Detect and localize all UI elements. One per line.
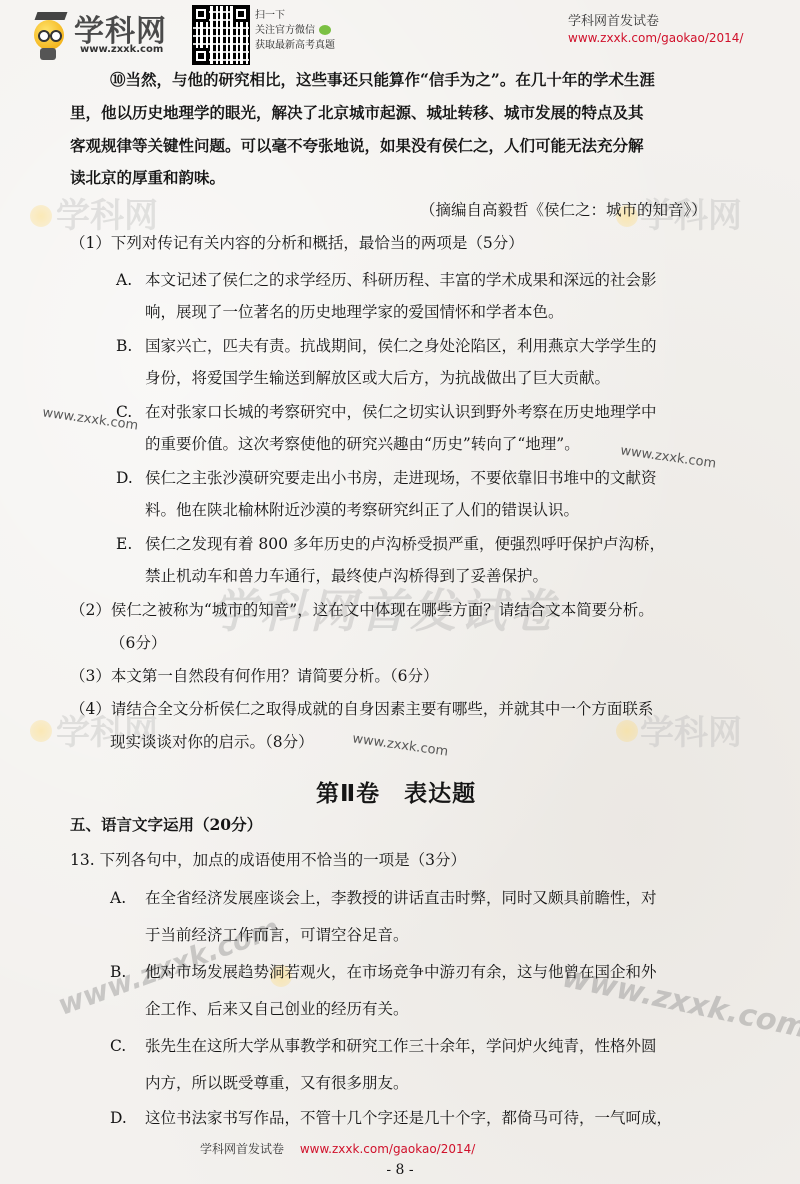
q13-option-a-line: 于当前经济工作而言，可谓空谷足音。	[145, 925, 409, 945]
question-4-stem: （4）请结合全文分析侯仁之取得成就的自身因素主要有哪些，并就其中一个方面联系	[70, 699, 653, 719]
wechat-line-2: 关注官方微信	[255, 25, 315, 36]
wechat-line-1: 扫一下	[255, 8, 335, 23]
q1-option-d-line: 侯仁之主张沙漠研究要走出小书房，走进现场，不要依靠旧书堆中的文献资	[145, 468, 657, 488]
q13-option-b-line: 他对市场发展趋势洞若观火，在市场竞争中游刃有余，这与他曾在国企和外	[145, 962, 657, 982]
page-header: 学科网 www.zxxk.com 扫一下 关注官方微信 获取最新高考真题 学科网…	[0, 0, 800, 66]
q13-option-b-label: B.	[110, 962, 126, 982]
zxxk-logo[interactable]: 学科网 www.zxxk.com	[30, 4, 180, 60]
footer-title: 学科网首发试卷	[200, 1142, 284, 1156]
watermark-mascot-icon	[616, 720, 638, 742]
part-5-heading: 五、语言文字运用（20分）	[70, 815, 262, 835]
q1-option-e-label: E.	[116, 534, 132, 554]
passage-line: ⑩当然，与他的研究相比，这些事还只能算作“信手为之”。在几十年的学术生涯	[110, 70, 655, 90]
footer-url-link[interactable]: www.zxxk.com/gaokao/2014/	[300, 1142, 475, 1156]
q1-option-c-line: 的重要价值。这次考察使他的研究兴趣由“历史”转向了“地理”。	[145, 434, 580, 454]
question-4-line-2: 现实谈谈对你的启示。（8分）	[110, 732, 314, 752]
watermark-mascot-icon	[30, 205, 52, 227]
passage-line: 读北京的厚重和韵味。	[70, 168, 225, 188]
q13-option-a-label: A.	[110, 888, 126, 908]
page-footer: 学科网首发试卷 www.zxxk.com/gaokao/2014/	[200, 1140, 475, 1157]
q13-option-d-line: 这位书法家书写作品，不管十几个字还是几十个字，都倚马可待，一气呵成，	[145, 1108, 672, 1128]
q13-option-c-label: C.	[110, 1036, 126, 1056]
wechat-promo: 扫一下 关注官方微信 获取最新高考真题	[255, 8, 335, 53]
passage-source: （摘编自高毅哲《侯仁之：城市的知音》）	[420, 200, 707, 220]
q13-option-b-line: 企工作、后来又自己创业的经历有关。	[145, 999, 409, 1019]
question-13-stem: 13. 下列各句中，加点的成语使用不恰当的一项是（3分）	[70, 850, 466, 870]
passage-line: 客观规律等关键性问题。可以毫不夸张地说，如果没有侯仁之，人们可能无法充分解	[70, 136, 644, 156]
q1-option-b-line: 国家兴亡，匹夫有责。抗战期间，侯仁之身处沦陷区，利用燕京大学学生的	[145, 336, 657, 356]
q1-option-a-line: 本文记述了侯仁之的求学经历、科研历程、丰富的学术成果和深远的社会影	[145, 270, 657, 290]
header-right: 学科网首发试卷 www.zxxk.com/gaokao/2014/	[568, 10, 743, 45]
question-2-score: （6分）	[110, 633, 166, 653]
q13-option-c-line: 内方，所以既受尊重，又有很多朋友。	[145, 1073, 409, 1093]
section-title: 第Ⅱ卷 表达题	[316, 775, 476, 808]
qr-code-icon	[193, 6, 249, 64]
q1-option-b-line: 身份，将爱国学生输送到解放区或大后方，为抗战做出了巨大贡献。	[145, 368, 610, 388]
page-number: - 8 -	[0, 1162, 800, 1178]
q1-option-c-label: C.	[116, 402, 132, 422]
q13-option-c-line: 张先生在这所大学从事教学和研究工作三十余年，学问炉火纯青，性格外圆	[145, 1036, 657, 1056]
q1-option-c-line: 在对张家口长城的考察研究中，侯仁之切实认识到野外考察在历史地理学中	[145, 402, 657, 422]
wechat-icon	[319, 25, 331, 35]
q1-option-e-line: 侯仁之发现有着 800 多年历史的卢沟桥受损严重，便强烈呼吁保护卢沟桥，	[145, 534, 665, 554]
q1-option-e-line: 禁止机动车和兽力车通行，最终使卢沟桥得到了妥善保护。	[145, 566, 548, 586]
logo-url: www.zxxk.com	[80, 44, 163, 55]
q1-option-a-label: A.	[116, 270, 132, 290]
watermark-logo: 学科网	[640, 705, 742, 754]
q1-option-d-line: 料。他在陕北榆林附近沙漠的考察研究纠正了人们的错误认识。	[145, 500, 579, 520]
watermark-mascot-icon	[30, 720, 52, 742]
q13-option-d-label: D.	[110, 1108, 127, 1128]
header-title: 学科网首发试卷	[568, 10, 743, 29]
q13-option-a-line: 在全省经济发展座谈会上，李教授的讲话直击时弊，同时又颇具前瞻性，对	[145, 888, 657, 908]
question-1-stem: （1）下列对传记有关内容的分析和概括，最恰当的两项是（5分）	[70, 233, 524, 253]
header-url-link[interactable]: www.zxxk.com/gaokao/2014/	[568, 31, 743, 45]
q1-option-a-line: 响，展现了一位著名的历史地理学家的爱国情怀和学者本色。	[145, 302, 564, 322]
mascot-icon	[30, 10, 70, 58]
q1-option-b-label: B.	[116, 336, 132, 356]
wechat-line-3: 获取最新高考真题	[255, 38, 335, 53]
passage-line: 里，他以历史地理学的眼光，解决了北京城市起源、城址转移、城市发展的特点及其	[70, 103, 644, 123]
watermark-logo: 学科网	[56, 188, 158, 237]
question-3-stem: （3）本文第一自然段有何作用？请简要分析。（6分）	[70, 666, 438, 686]
question-2-stem: （2）侯仁之被称为“城市的知音”，这在文中体现在哪些方面？请结合文本简要分析。	[70, 600, 654, 620]
q1-option-d-label: D.	[116, 468, 133, 488]
